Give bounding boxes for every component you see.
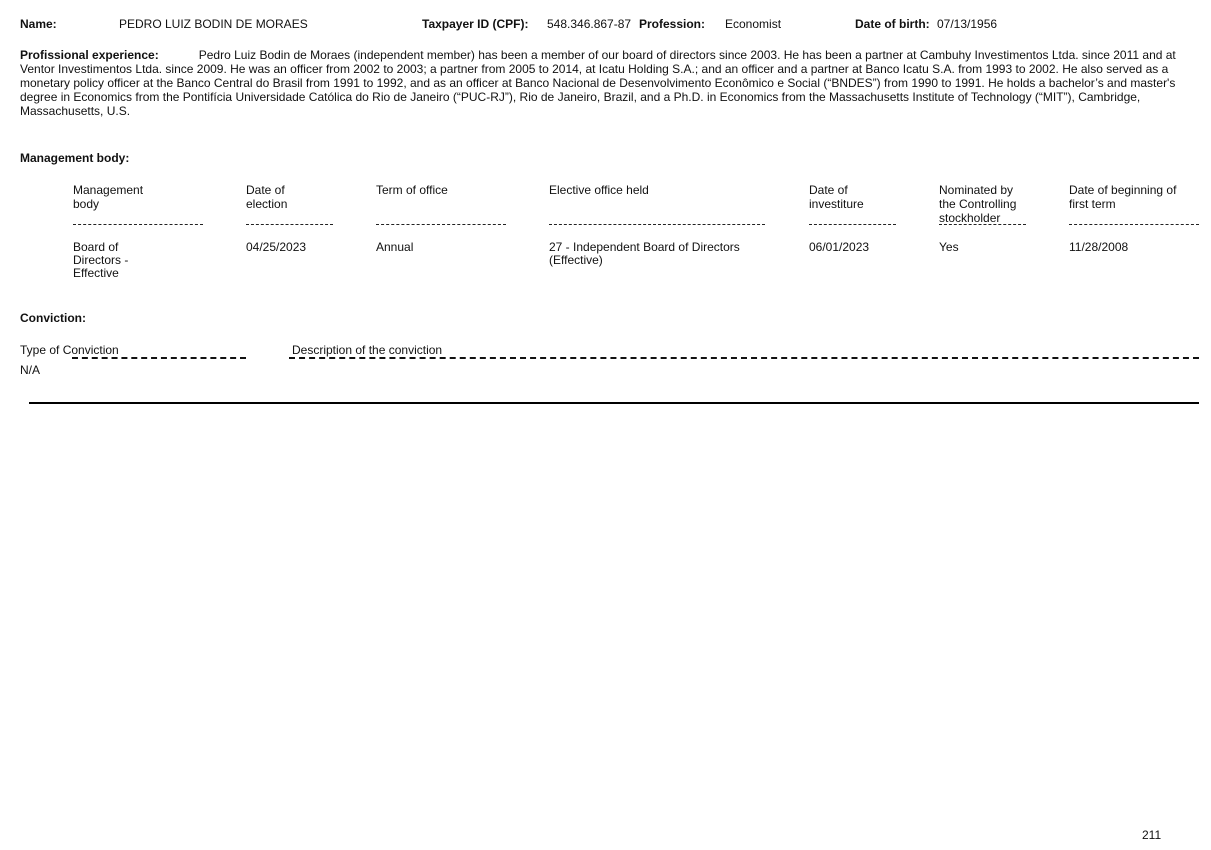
cell-date-of-investiture: 06/01/2023: [809, 241, 909, 254]
taxpayer-id-value: 548.346.867-87: [547, 17, 631, 31]
conviction-section-title: Conviction:: [20, 311, 86, 325]
column-header-date-of-investiture: Date of investiture: [809, 183, 879, 211]
description-of-conviction-underline: [289, 357, 1199, 359]
taxpayer-id-label: Taxpayer ID (CPF):: [422, 17, 528, 31]
section-divider: [29, 402, 1199, 404]
name-label: Name:: [20, 17, 57, 31]
description-of-conviction-label: Description of the conviction: [292, 343, 442, 357]
column-header-management-body: Management body: [73, 183, 168, 211]
header-underline: [1069, 224, 1199, 225]
header-underline: [246, 224, 333, 225]
professional-experience: Profissional experience:Pedro Luiz Bodin…: [20, 48, 1192, 118]
cell-date-of-election: 04/25/2023: [246, 241, 346, 254]
professional-experience-label: Profissional experience:: [20, 48, 159, 62]
column-header-date-of-election: Date of election: [246, 183, 306, 211]
header-underline: [939, 224, 1026, 225]
management-body-section-title: Management body:: [20, 151, 129, 165]
date-of-birth-value: 07/13/1956: [937, 17, 997, 31]
professional-experience-text: Pedro Luiz Bodin de Moraes (independent …: [20, 48, 1176, 118]
type-of-conviction-label: Type of Conviction: [20, 343, 119, 357]
header-underline: [376, 224, 506, 225]
type-of-conviction-underline: [72, 357, 246, 359]
cell-elective-office-held: 27 - Independent Board of Directors (Eff…: [549, 241, 764, 267]
cell-management-body: Board of Directors - Effective: [73, 241, 143, 280]
type-of-conviction-value: N/A: [20, 363, 40, 377]
header-underline: [73, 224, 203, 225]
name-value: PEDRO LUIZ BODIN DE MORAES: [119, 17, 308, 31]
column-header-elective-office-held: Elective office held: [549, 183, 749, 197]
column-header-term-of-office: Term of office: [376, 183, 496, 197]
header-underline: [809, 224, 896, 225]
cell-nominated-by-controlling-stockholder: Yes: [939, 241, 1039, 254]
column-header-date-of-beginning-of-first-term: Date of beginning of first term: [1069, 183, 1179, 211]
profession-label: Profession:: [639, 17, 705, 31]
header-underline: [549, 224, 765, 225]
column-header-nominated-by-controlling-stockholder: Nominated by the Controlling stockholder: [939, 183, 1029, 225]
profession-value: Economist: [725, 17, 781, 31]
date-of-birth-label: Date of birth:: [855, 17, 930, 31]
cell-term-of-office: Annual: [376, 241, 476, 254]
cell-date-of-beginning-of-first-term: 11/28/2008: [1069, 241, 1169, 254]
page-number: 211: [1142, 828, 1161, 842]
